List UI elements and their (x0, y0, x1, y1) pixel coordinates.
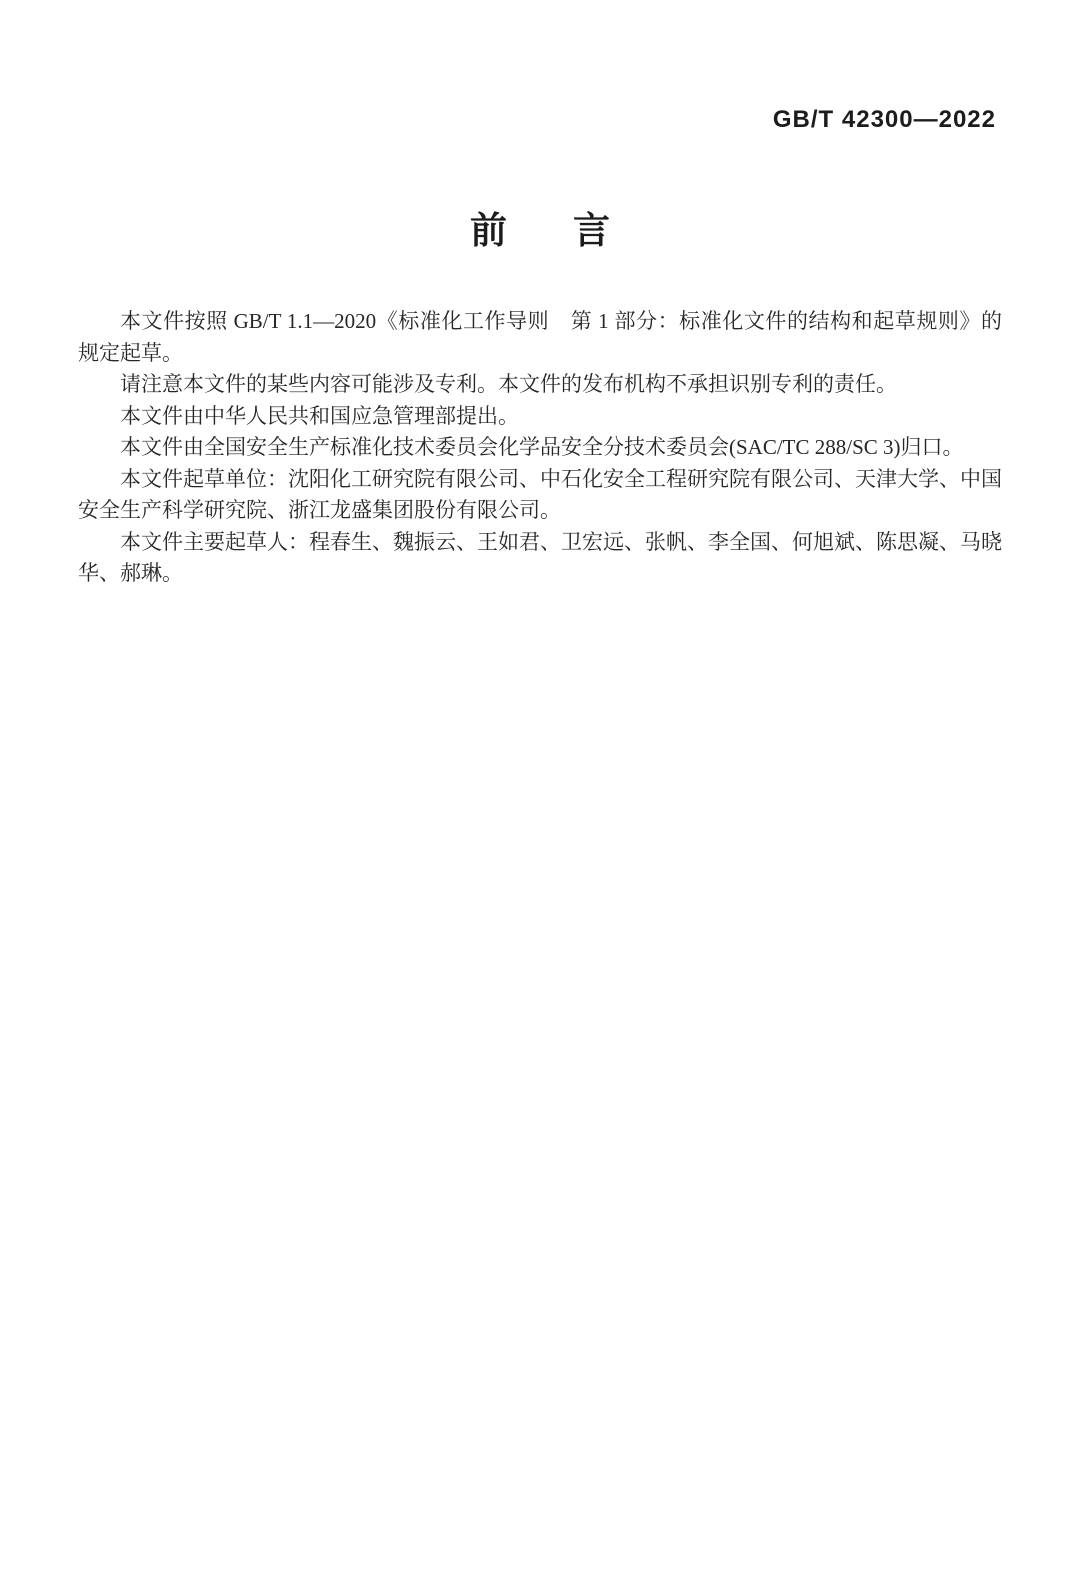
foreword-body: 本文件按照 GB/T 1.1—2020《标准化工作导则 第 1 部分：标准化文件… (78, 306, 1002, 590)
paragraph-centralized-by: 本文件由全国安全生产标准化技术委员会化学品安全分技术委员会(SAC/TC 288… (78, 432, 1002, 464)
paragraph-patent-notice: 请注意本文件的某些内容可能涉及专利。本文件的发布机构不承担识别专利的责任。 (78, 369, 1002, 401)
paragraph-main-drafters: 本文件主要起草人：程春生、魏振云、王如君、卫宏远、张帆、李全国、何旭斌、陈思凝、… (78, 527, 1002, 590)
standard-doc-number: GB/T 42300—2022 (78, 106, 996, 134)
paragraph-proposed-by: 本文件由中华人民共和国应急管理部提出。 (78, 401, 1002, 433)
paragraph-drafting-organizations: 本文件起草单位：沈阳化工研究院有限公司、中石化安全工程研究院有限公司、天津大学、… (78, 464, 1002, 527)
document-page: GB/T 42300—2022 前言 本文件按照 GB/T 1.1—2020《标… (0, 0, 1080, 1589)
page-title: 前言 (0, 200, 1080, 254)
paragraph-drafting-rules: 本文件按照 GB/T 1.1—2020《标准化工作导则 第 1 部分：标准化文件… (78, 306, 1002, 369)
